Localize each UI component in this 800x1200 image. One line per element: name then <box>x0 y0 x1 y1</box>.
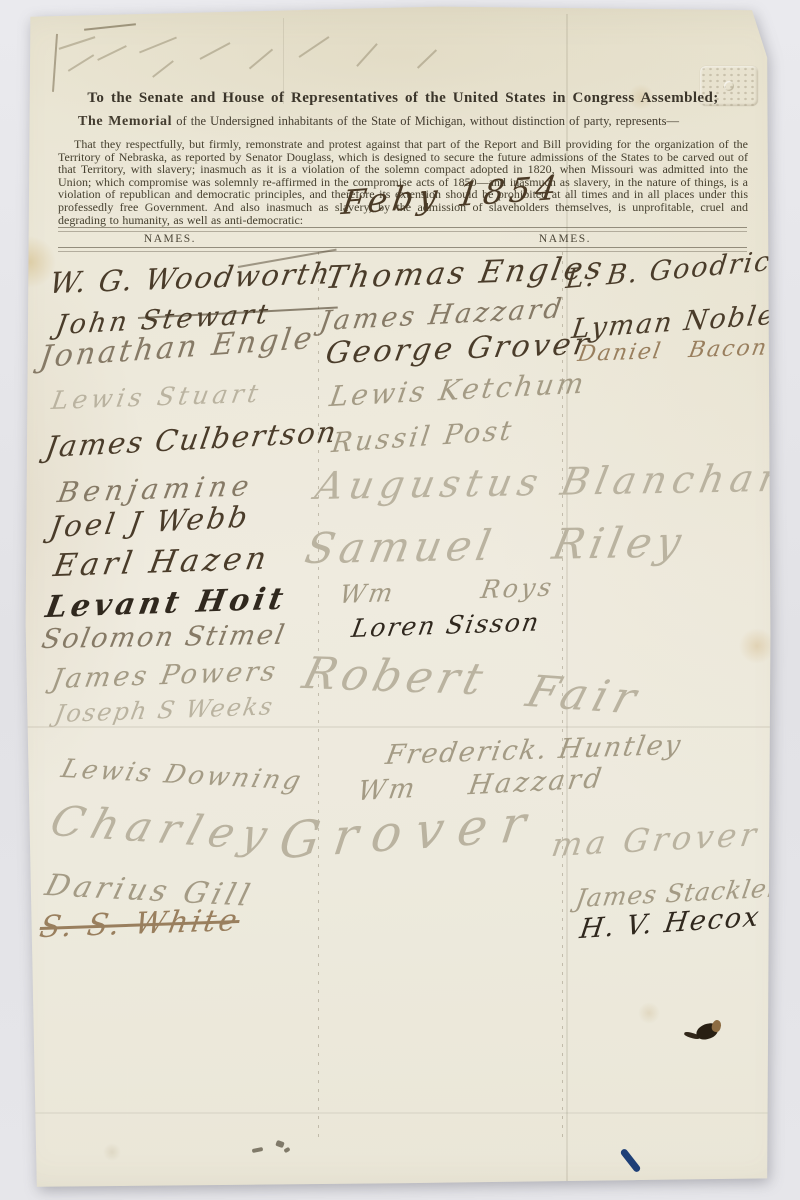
table-rule <box>58 227 747 228</box>
memorial-line: The Memorial of the Undersigned inhabita… <box>58 114 748 130</box>
signature: Russil Post <box>330 415 516 459</box>
pencil-mark <box>283 1147 290 1153</box>
signature: Robert <box>298 648 493 705</box>
scan-background: To the Senate and House of Representativ… <box>0 0 800 1200</box>
signature: Earl Hazen <box>51 540 273 584</box>
signature: James Culbertson <box>43 415 340 465</box>
signature: Charley <box>45 796 281 860</box>
ink-blot-highlight <box>710 1019 723 1033</box>
signature: Samuel Riley <box>301 517 690 573</box>
signature: Lewis Stuart <box>49 379 264 416</box>
pencil-mark <box>275 1140 285 1148</box>
signature: Levant Hoit <box>43 581 290 625</box>
blue-ink-mark <box>619 1148 641 1174</box>
signature: Solomon Stimel <box>39 620 289 655</box>
table-rule <box>58 247 747 248</box>
horizontal-fold-line <box>26 726 770 728</box>
signature: Wm Roys <box>337 572 556 609</box>
column-header-names-right: NAMES. <box>475 233 655 245</box>
signature: Augustus Blanchard <box>312 455 800 508</box>
signature: Lewis Ketchum <box>327 366 589 413</box>
memorial-lead: The Memorial <box>78 114 172 129</box>
signature: ma Grover <box>549 815 763 864</box>
signature: Loren Sisson <box>349 607 542 643</box>
signature: S. S. White <box>37 903 243 945</box>
signature: Grover <box>276 794 543 871</box>
table-rule <box>58 231 747 232</box>
signature: Joseph S Weeks <box>53 692 277 728</box>
paper-shadow: To the Senate and House of Representativ… <box>0 0 800 1200</box>
document-paper: To the Senate and House of Representativ… <box>0 0 800 1200</box>
signature: Fair <box>521 666 648 724</box>
signature: Frederick. Huntley <box>383 730 684 772</box>
horizontal-fold-line-lower <box>26 1112 770 1114</box>
signature: Daniel Bacon <box>576 335 770 367</box>
memorial-rest: of the Undersigned inhabitants of the St… <box>172 114 679 128</box>
table-rule <box>58 251 747 252</box>
pencil-mark <box>252 1147 264 1153</box>
signature: James Powers <box>49 656 280 695</box>
document-title: To the Senate and House of Representativ… <box>58 90 748 107</box>
column-header-names-left: NAMES. <box>80 233 260 245</box>
signature: Lewis Downing <box>58 754 307 796</box>
signature: W. G. Woodworth <box>47 256 334 300</box>
